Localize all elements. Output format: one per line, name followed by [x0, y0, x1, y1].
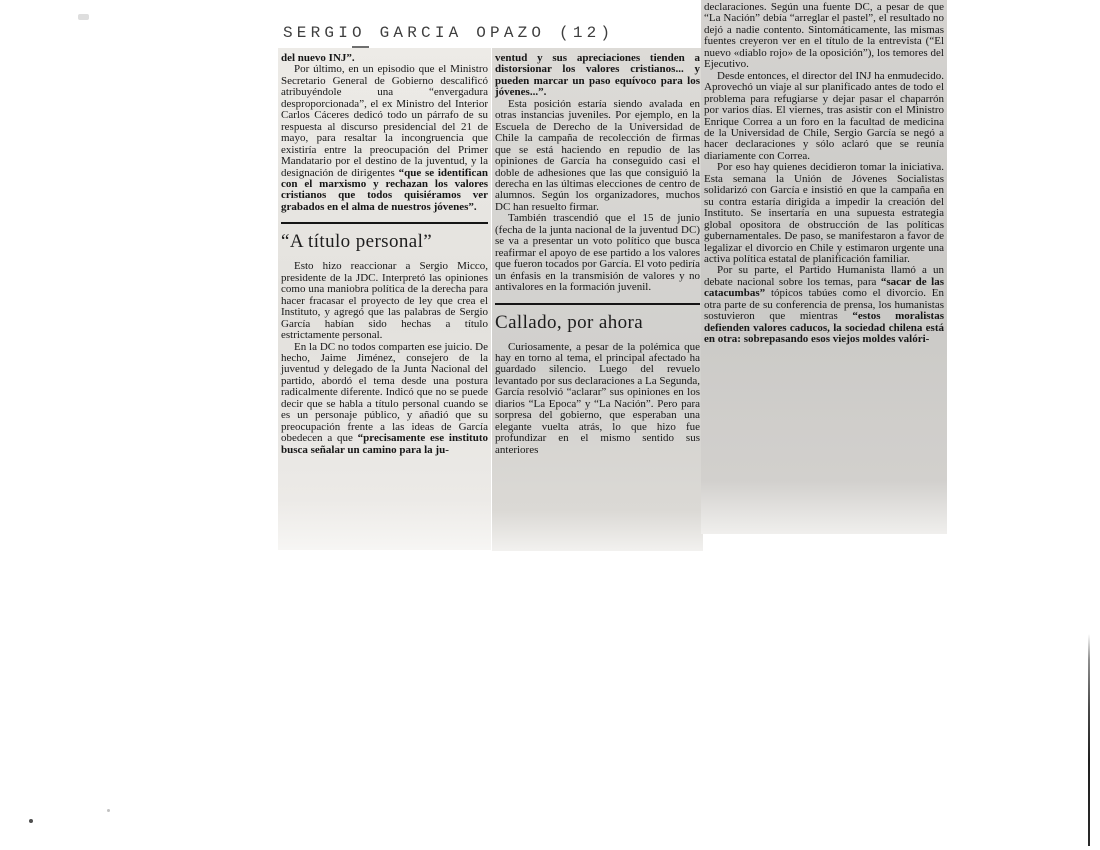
- article-paragraph: declaraciones. Según una fuente DC, a pe…: [704, 2, 944, 71]
- text-run: Desde entonces, el director del INJ ha e…: [704, 70, 944, 162]
- article-paragraph: Por eso hay quienes decidieron tomar la …: [704, 162, 944, 265]
- text-run: declaraciones. Según una fuente DC, a pe…: [704, 1, 944, 70]
- article-paragraph: Curiosamente, a pesar de la polémica que…: [495, 342, 700, 457]
- section-heading: “A título personal”: [281, 231, 488, 252]
- text-run: Esto hizo reaccionar a Sergio Micco, pre…: [281, 260, 488, 341]
- scan-smudge-artifact: [78, 14, 89, 20]
- text-run: También trascendió que el 15 de junio (f…: [495, 212, 700, 293]
- clipping-header-title: SERGIO GARCIA OPAZO (12): [283, 24, 614, 42]
- scan-edge-line-artifact: [1088, 634, 1090, 846]
- section-rule: [281, 222, 488, 224]
- article-paragraph: Por último, en un episodio que el Minist…: [281, 64, 488, 213]
- article-paragraph: Desde entonces, el director del INJ ha e…: [704, 71, 944, 163]
- article-paragraph: ventud y sus apreciaciones tienden a dis…: [495, 53, 700, 99]
- article-paragraph: En la DC no todos comparten ese juicio. …: [281, 342, 488, 457]
- article-paragraph: Esto hizo reaccionar a Sergio Micco, pre…: [281, 261, 488, 341]
- text-run: ventud y sus apreciaciones tienden a dis…: [495, 52, 700, 98]
- text-run: Esta posición estaría siendo avalada en …: [495, 98, 700, 213]
- text-run: Por eso hay quienes decidieron tomar la …: [704, 161, 944, 265]
- text-run: En la DC no todos comparten ese juicio. …: [281, 341, 488, 445]
- section-heading: Callado, por ahora: [495, 312, 700, 333]
- scan-speck-artifact: [29, 819, 33, 823]
- text-run: del nuevo INJ”.: [281, 52, 355, 64]
- scan-speck-artifact: [107, 809, 110, 812]
- article-paragraph: También trascendió que el 15 de junio (f…: [495, 213, 700, 293]
- article-paragraph: Por su parte, el Partido Humanista llamó…: [704, 265, 944, 345]
- article-column-3: declaraciones. Según una fuente DC, a pe…: [701, 0, 947, 534]
- text-run: Por último, en un episodio que el Minist…: [281, 63, 488, 178]
- text-run: Curiosamente, a pesar de la polémica que…: [495, 341, 700, 456]
- article-column-2: ventud y sus apreciaciones tienden a dis…: [492, 48, 703, 551]
- article-column-1: del nuevo INJ”.Por último, en un episodi…: [278, 48, 491, 550]
- section-rule: [495, 303, 700, 305]
- article-paragraph: Esta posición estaría siendo avalada en …: [495, 99, 700, 214]
